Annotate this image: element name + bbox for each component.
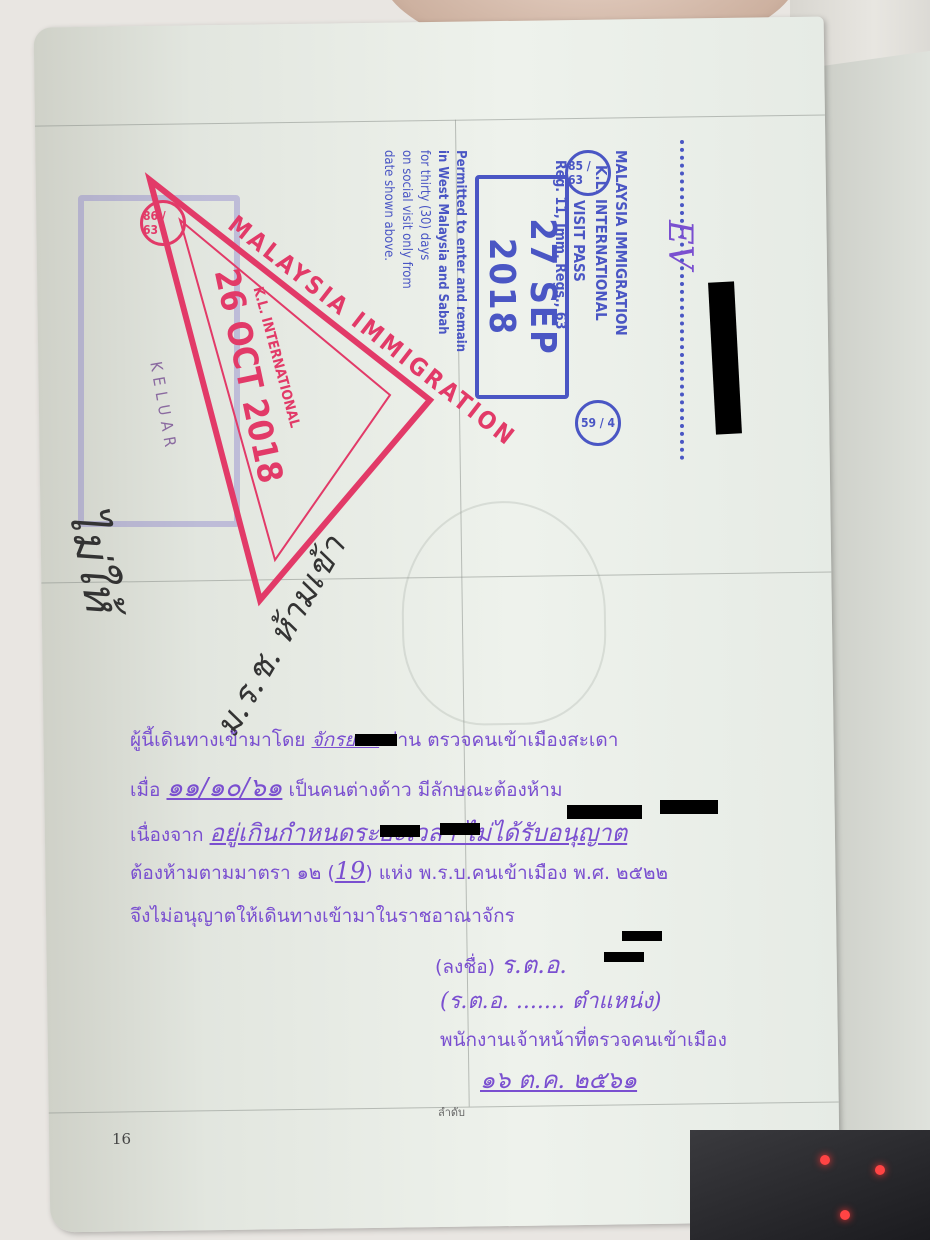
signature-line: (ลงชื่อ) ร.ต.อ. [435, 945, 567, 984]
stamp-header: MALAYSIA IMMIGRATION [612, 150, 630, 336]
redaction-bar [567, 805, 642, 819]
dark-device-corner [690, 1130, 930, 1240]
stamp-line: เนื่องจาก อยู่เกินกำหนดระยะเวลา ไม่ได้รั… [130, 813, 627, 852]
redaction-bar [660, 800, 718, 814]
redaction-bar [604, 952, 644, 962]
redaction-bar [380, 825, 420, 837]
stamp-circle-bottom: 59 / 4 [575, 400, 621, 446]
stamp-pass-type: VISIT PASS [570, 200, 588, 282]
refusal-date: ๑๖ ต.ค. ๒๕๖๑ [480, 1060, 637, 1099]
stamp-circle-top: 85 / 63 [565, 150, 611, 196]
officer-title: พนักงานเจ้าหน้าที่ตรวจคนเข้าเมือง [440, 1025, 727, 1055]
stamp-circle: 86 / 63 [140, 200, 186, 246]
footer-label: ลำดับ [438, 1103, 465, 1121]
officer-name: (ร.ต.อ. ....... ตำแหน่ง) [440, 983, 662, 1018]
redaction-bar [440, 823, 480, 835]
redaction-bar [355, 734, 397, 746]
malaysia-entry-stamp: MALAYSIA IMMIGRATION K.L. INTERNATIONAL … [480, 120, 740, 480]
indicator-light [875, 1165, 885, 1175]
stamp-line: จึงไม่อนุญาตให้เดินทางเข้ามาในราชอาณาจัก… [130, 901, 515, 931]
indicator-light [840, 1210, 850, 1220]
indicator-light [820, 1155, 830, 1165]
stamp-line: เมื่อ ๑๑/๑๐/๖๑ เป็นคนต่างด้าว มีลักษณะต้… [130, 767, 562, 808]
stamp-line: ต้องห้ามตามมาตรา ๑๒ (19) แห่ง พ.ร.บ.คนเข… [130, 857, 668, 888]
stamp-date: 27 SEP 2018 [475, 175, 569, 399]
malaysia-exit-stamp: 86 / 63 MALAYSIA IMMIGRATION K.L. INTERN… [110, 170, 470, 610]
redaction-bar [622, 931, 662, 941]
page-number: 16 [112, 1130, 131, 1148]
handwritten-note: EV [660, 220, 700, 269]
stamp-border [680, 140, 694, 460]
